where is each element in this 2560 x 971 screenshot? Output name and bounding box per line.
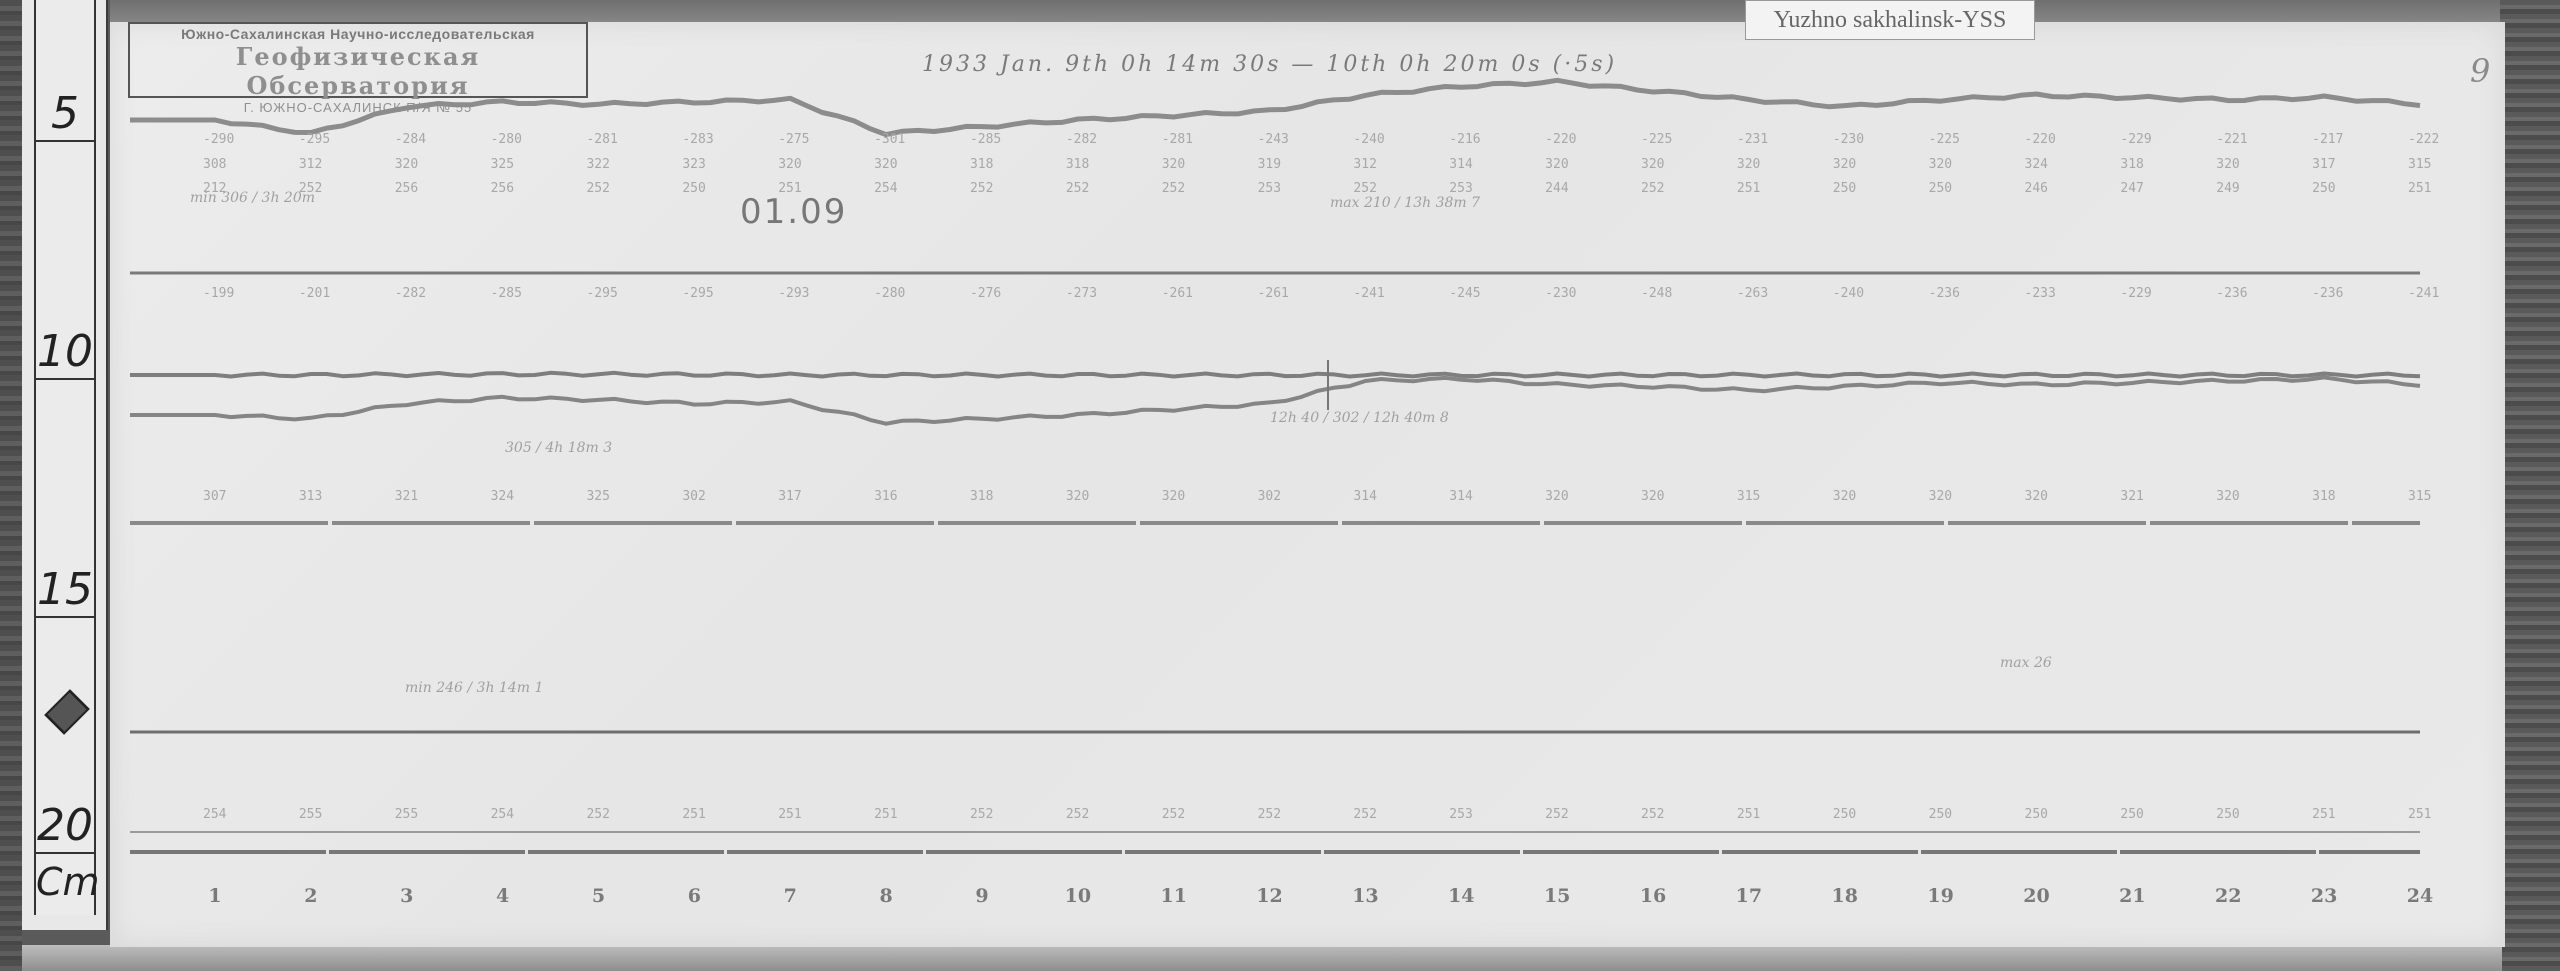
reading-label: 314 <box>1449 489 1473 504</box>
reading-label: -225 <box>1641 132 1672 147</box>
reading-label: 320 <box>2216 489 2239 504</box>
hour-tick-label: 21 <box>2119 885 2145 907</box>
reading-label: 323 <box>682 157 705 172</box>
reading-label: 324 <box>2025 157 2049 172</box>
reading-label: 318 <box>1066 157 1089 172</box>
reading-label: 251 <box>1737 807 1760 822</box>
reading-label: 254 <box>874 181 898 196</box>
hour-tick-label: 15 <box>1544 885 1570 907</box>
reading-label: 317 <box>2312 157 2335 172</box>
reading-label: 320 <box>1641 157 1664 172</box>
reading-label: -229 <box>2120 286 2151 301</box>
reading-label: 315 <box>2408 157 2431 172</box>
reading-label: 320 <box>1162 489 1185 504</box>
hour-tick-label: 6 <box>688 885 701 907</box>
reading-label: -285 <box>970 132 1001 147</box>
reading-label: -295 <box>586 286 617 301</box>
hour-tick-label: 10 <box>1065 885 1091 907</box>
reading-label: -241 <box>1353 286 1384 301</box>
reading-label: 251 <box>1737 181 1760 196</box>
reading-label: 320 <box>1929 489 1952 504</box>
reading-label: 252 <box>1162 807 1185 822</box>
reading-label: -282 <box>1066 132 1097 147</box>
reading-label: -248 <box>1641 286 1672 301</box>
reading-label: 320 <box>1833 157 1856 172</box>
reading-label: -236 <box>2312 286 2343 301</box>
reading-label: 318 <box>970 157 993 172</box>
reading-label: 252 <box>970 181 993 196</box>
reading-label: 315 <box>2408 489 2431 504</box>
reading-label: 244 <box>1545 181 1569 196</box>
reading-label: 320 <box>1162 157 1185 172</box>
reading-label: 320 <box>1833 489 1856 504</box>
reading-label: -240 <box>1833 286 1864 301</box>
hour-tick-label: 22 <box>2215 885 2241 907</box>
reading-label: -221 <box>2216 132 2247 147</box>
reading-label: 251 <box>682 807 705 822</box>
reading-label: -290 <box>203 132 234 147</box>
reading-label: -282 <box>395 286 426 301</box>
reading-label: -236 <box>2216 286 2247 301</box>
reading-label: 250 <box>2025 807 2048 822</box>
reading-label: 250 <box>2216 807 2239 822</box>
reading-label: 246 <box>2025 181 2048 196</box>
reading-label: 252 <box>1641 181 1664 196</box>
reading-label: 212 <box>203 181 226 196</box>
reading-label: 315 <box>1737 489 1760 504</box>
reading-label: 252 <box>586 181 609 196</box>
reading-label: -236 <box>1929 286 1960 301</box>
reading-label: 256 <box>491 181 514 196</box>
hour-tick-label: 18 <box>1832 885 1858 907</box>
reading-label: -261 <box>1258 286 1289 301</box>
reading-label: 317 <box>778 489 801 504</box>
reading-label: 252 <box>586 807 609 822</box>
reading-label: -261 <box>1162 286 1193 301</box>
reading-label: -225 <box>1929 132 1960 147</box>
reading-label: 251 <box>2408 181 2431 196</box>
reading-label: 316 <box>874 489 897 504</box>
reading-label: 252 <box>1066 181 1089 196</box>
hour-tick-label: 9 <box>975 885 988 907</box>
reading-label: 321 <box>395 489 418 504</box>
reading-label: 250 <box>2120 807 2143 822</box>
reading-label: 318 <box>2120 157 2143 172</box>
reading-label: 252 <box>1641 807 1664 822</box>
reading-label: 250 <box>1833 807 1856 822</box>
reading-label: 250 <box>1833 181 1856 196</box>
reading-label: -220 <box>2025 132 2056 147</box>
h-trace <box>130 377 2420 423</box>
reading-label: -293 <box>778 286 809 301</box>
reading-label: 252 <box>1353 807 1376 822</box>
reading-label: -275 <box>778 132 809 147</box>
reading-label: -229 <box>2120 132 2151 147</box>
hour-tick-label: 1 <box>208 885 221 907</box>
hour-tick-label: 13 <box>1352 885 1378 907</box>
reading-label: 302 <box>1258 489 1281 504</box>
reading-label: 318 <box>970 489 993 504</box>
reading-label: 251 <box>778 181 801 196</box>
reading-label: -263 <box>1737 286 1768 301</box>
hour-tick-label: 8 <box>879 885 892 907</box>
hour-tick-label: 4 <box>496 885 509 907</box>
reading-label: 320 <box>778 157 801 172</box>
reading-label: -245 <box>1449 286 1480 301</box>
reading-label: 325 <box>491 157 514 172</box>
reading-label: 322 <box>586 157 609 172</box>
reading-label: 255 <box>395 807 418 822</box>
reading-label: 252 <box>1545 807 1568 822</box>
hour-tick-label: 20 <box>2023 885 2049 907</box>
reading-label: -220 <box>1545 132 1576 147</box>
reading-label: 312 <box>299 157 322 172</box>
reading-label: 251 <box>778 807 801 822</box>
reading-label: 314 <box>1449 157 1473 172</box>
reading-label: 324 <box>491 489 515 504</box>
reading-label: 313 <box>299 489 322 504</box>
reading-label: 253 <box>1449 807 1472 822</box>
reading-label: 302 <box>682 489 705 504</box>
reading-label: 252 <box>1066 807 1089 822</box>
h-baseline-trace <box>130 373 2420 377</box>
hour-tick-label: 14 <box>1448 885 1474 907</box>
hour-tick-label: 2 <box>304 885 317 907</box>
reading-label: -199 <box>203 286 234 301</box>
reading-label: 320 <box>2216 157 2239 172</box>
reading-label: 320 <box>874 157 897 172</box>
reading-label: 250 <box>1929 807 1952 822</box>
hour-tick-label: 3 <box>400 885 413 907</box>
reading-label: -285 <box>491 286 522 301</box>
reading-label: 252 <box>1258 807 1281 822</box>
reading-label: 256 <box>395 181 418 196</box>
reading-label: 320 <box>1545 489 1568 504</box>
reading-label: 252 <box>1353 181 1376 196</box>
magnetogram-chart: -290-295-284-280-281-283-275-301-285-282… <box>0 0 2560 971</box>
reading-label: -233 <box>2025 286 2056 301</box>
reading-label: -231 <box>1737 132 1768 147</box>
reading-label: -276 <box>970 286 1001 301</box>
reading-label: 252 <box>970 807 993 822</box>
reading-label: -284 <box>395 132 426 147</box>
reading-label: -281 <box>586 132 617 147</box>
reading-label: 249 <box>2216 181 2239 196</box>
reading-label: -230 <box>1833 132 1864 147</box>
reading-label: 314 <box>1353 489 1377 504</box>
hour-tick-label: 19 <box>1927 885 1953 907</box>
reading-label: -280 <box>874 286 905 301</box>
reading-label: -273 <box>1066 286 1097 301</box>
reading-label: -283 <box>682 132 713 147</box>
reading-label: 254 <box>203 807 227 822</box>
reading-label: -201 <box>299 286 330 301</box>
reading-label: 251 <box>2408 807 2431 822</box>
reading-label: 320 <box>1066 489 1089 504</box>
reading-label: 254 <box>491 807 515 822</box>
hour-tick-label: 7 <box>784 885 797 907</box>
reading-label: 247 <box>2120 181 2143 196</box>
reading-label: 308 <box>203 157 226 172</box>
reading-label: 312 <box>1353 157 1376 172</box>
reading-label: 252 <box>1162 181 1185 196</box>
hour-tick-label: 23 <box>2311 885 2337 907</box>
reading-label: 255 <box>299 807 322 822</box>
reading-label: -301 <box>874 132 905 147</box>
hour-tick-label: 17 <box>1736 885 1762 907</box>
reading-label: 252 <box>299 181 322 196</box>
reading-label: 325 <box>586 489 609 504</box>
reading-label: 251 <box>874 807 897 822</box>
reading-label: -230 <box>1545 286 1576 301</box>
reading-label: 320 <box>1929 157 1952 172</box>
hour-tick-label: 11 <box>1160 885 1186 907</box>
reading-label: 321 <box>2120 489 2143 504</box>
hour-tick-label: 5 <box>592 885 605 907</box>
reading-label: -241 <box>2408 286 2439 301</box>
hour-tick-label: 24 <box>2407 885 2433 907</box>
reading-label: -295 <box>682 286 713 301</box>
reading-label: 250 <box>682 181 705 196</box>
reading-label: -240 <box>1353 132 1384 147</box>
reading-label: -217 <box>2312 132 2343 147</box>
reading-label: 320 <box>2025 489 2048 504</box>
reading-label: -243 <box>1258 132 1289 147</box>
reading-label: 307 <box>203 489 226 504</box>
reading-label: 319 <box>1258 157 1281 172</box>
hour-tick-label: 12 <box>1256 885 1282 907</box>
reading-label: 250 <box>2312 181 2335 196</box>
reading-label: 320 <box>395 157 418 172</box>
reading-label: -280 <box>491 132 522 147</box>
reading-label: -281 <box>1162 132 1193 147</box>
reading-label: -295 <box>299 132 330 147</box>
reading-label: 320 <box>1545 157 1568 172</box>
reading-label: 320 <box>1641 489 1664 504</box>
reading-label: 318 <box>2312 489 2335 504</box>
reading-label: -216 <box>1449 132 1480 147</box>
reading-label: 253 <box>1258 181 1281 196</box>
reading-label: 320 <box>1737 157 1760 172</box>
reading-label: 253 <box>1449 181 1472 196</box>
reading-label: 250 <box>1929 181 1952 196</box>
hour-tick-label: 16 <box>1640 885 1666 907</box>
reading-label: 251 <box>2312 807 2335 822</box>
d-trace <box>130 80 2420 134</box>
reading-label: -222 <box>2408 132 2439 147</box>
